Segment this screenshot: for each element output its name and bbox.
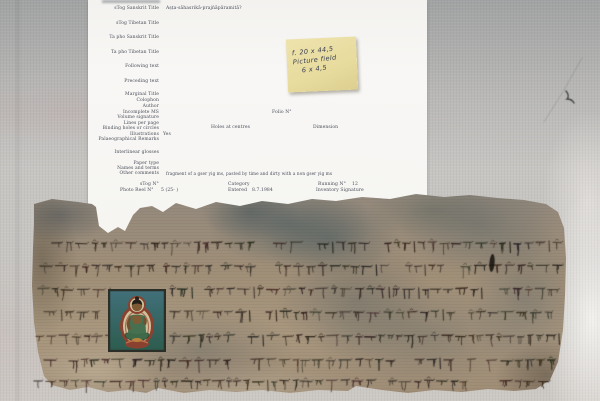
form-field-value: Yes <box>163 132 171 137</box>
form-field-label: Incomplete MS <box>9 110 159 115</box>
form-field-label: Binding holes or circles <box>9 126 159 131</box>
form-field-label: Ta pho Tibetan Title <box>9 50 159 55</box>
form-field-value: Running N° <box>318 182 346 187</box>
form-field-value: 12 <box>352 182 358 187</box>
form-field-label: Interlinear glosses <box>9 150 159 155</box>
form-field-label: Marginal Title <box>9 92 159 97</box>
form-field-value: 5 (25- ) <box>161 188 178 193</box>
form-field-value: Aṣṭa-sāhasrikā-prajñāpāramitā? <box>166 6 242 11</box>
form-field-label: sTog Tibetan Title <box>9 21 159 26</box>
form-field-label: Preceding text <box>9 79 159 84</box>
offering-bowl <box>132 338 142 342</box>
form-field-label: Following text <box>9 64 159 69</box>
photograph-scene: sTog Sanskrit TitleAṣṭa-sāhasrikā-prajñā… <box>0 0 600 401</box>
form-field-value: Dimension <box>313 125 338 130</box>
form-field-value: Inventory Signature <box>316 188 364 193</box>
sticky-note-handwriting: f. 20 x 44,5 Picture field 6 x 4,5 <box>291 43 354 77</box>
form-field-value: sTog N° <box>140 182 159 187</box>
form-field-value: Photo Reel N° <box>120 188 154 193</box>
form-field-value: 8.7.1984 <box>252 188 273 193</box>
form-field-value: Holes at centres <box>211 125 250 130</box>
form-field-label: Other comments <box>9 171 159 176</box>
chest <box>132 316 142 325</box>
form-field-value: Entered <box>228 188 247 193</box>
form-field-value: fragment of a gser yig ms, pasted by tim… <box>166 171 332 176</box>
form-field-label: Lines per page <box>9 121 159 126</box>
form-field-label: Volume signature <box>9 115 159 120</box>
form-field-label: Colophon <box>9 98 159 103</box>
form-field-label: Palaeographical Remarks <box>9 137 159 142</box>
form-field-value: Folio N° <box>272 110 292 115</box>
form-field-value: Category <box>228 182 250 187</box>
form-field-label: Illustrations <box>9 132 159 137</box>
form-field-label: Ta pho Sanskrit Title <box>9 35 159 40</box>
buddha-miniature <box>108 289 166 352</box>
form-field-label: sTog Sanskrit Title <box>9 6 159 11</box>
sticky-note: f. 20 x 44,5 Picture field 6 x 4,5 <box>286 36 358 92</box>
form-field-label: Author <box>9 104 159 109</box>
ushnisha <box>135 297 139 301</box>
